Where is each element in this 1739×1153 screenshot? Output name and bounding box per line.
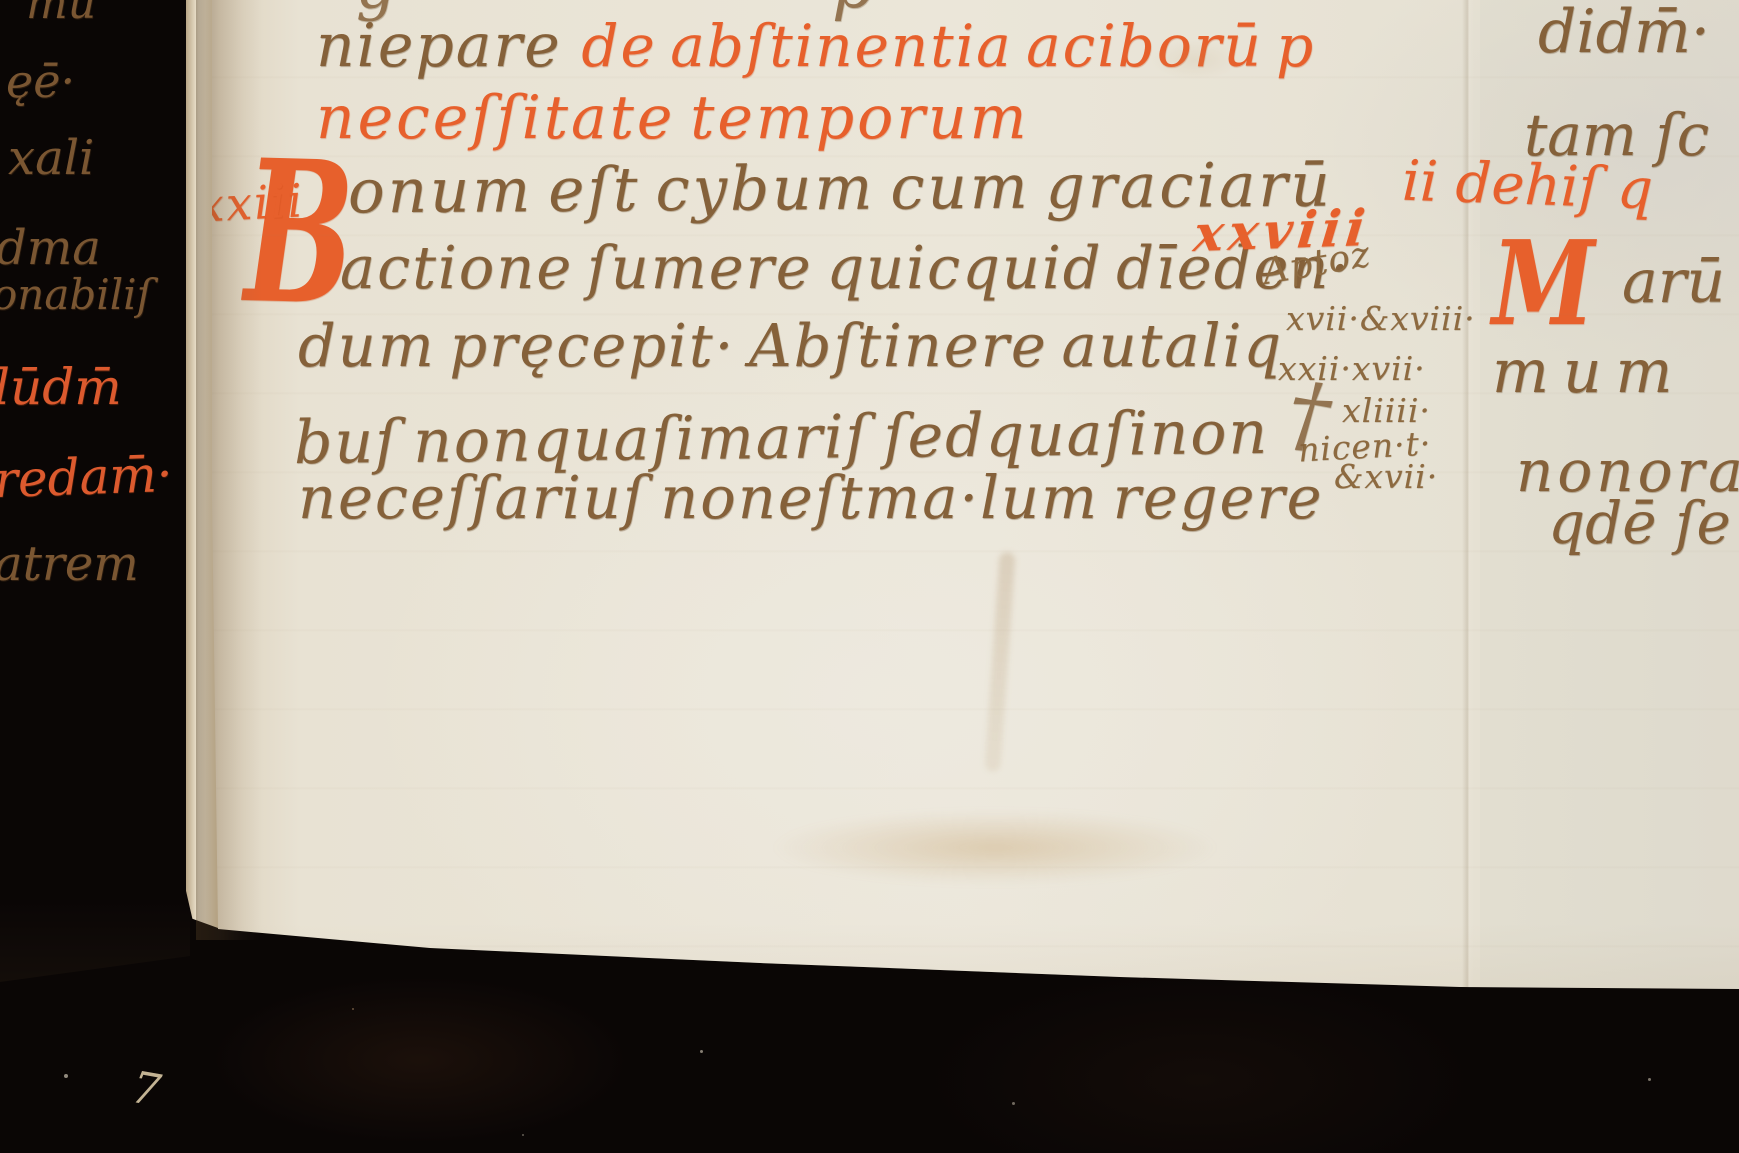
- initial-m: M: [1492, 226, 1595, 342]
- text-segment: dum pręcepit· Abſtinere autaliq: [298, 311, 1283, 380]
- left-page-fragment: mu: [26, 0, 96, 26]
- right-page-fragment: mum: [1492, 342, 1686, 402]
- rubric-segment: de abſtinentia aciborū p: [581, 12, 1315, 80]
- text-segment: niepare: [316, 11, 562, 81]
- dust-speck: [700, 1050, 703, 1053]
- left-page-fragment: ęē·: [6, 58, 75, 104]
- dust-speck: [64, 1074, 68, 1078]
- text-line: onum eſt cybum cum graciarū: [348, 155, 1333, 223]
- rubric-segment: neceſſitate temporum: [316, 83, 1030, 153]
- facing-page: mu ęē· xali dma onabiliſ lūdm̄ redam̄· a…: [0, 0, 190, 1153]
- ink-drip-stain: [984, 552, 1015, 773]
- text-line: neceſſariuſ noneſtma·lum regere: [298, 468, 1324, 527]
- left-page-fragment: lūdm̄: [0, 362, 122, 412]
- rubric-line: neceſſitate temporum: [316, 88, 1030, 148]
- right-page-fragment: arū: [1622, 252, 1725, 312]
- gloss-line: xliiii·: [1342, 394, 1431, 427]
- left-page-fragment: atrem: [0, 540, 139, 588]
- dust-speck: [1012, 1102, 1015, 1105]
- crease-line: [1462, 0, 1474, 990]
- manuscript-photo: mu ęē· xali dma onabiliſ lūdm̄ redam̄· a…: [0, 0, 1739, 1153]
- dust-speck: [522, 1134, 524, 1136]
- gloss-line: &xvii·: [1334, 460, 1438, 493]
- right-page-fragment: ii dehiſ q: [1401, 154, 1654, 219]
- initial-b: B: [244, 134, 356, 333]
- left-page-fragment: redam̄·: [0, 449, 173, 505]
- cross-mark: †: [1284, 370, 1335, 458]
- bottom-stain: [770, 810, 1220, 885]
- text-segment: neceſſariuſ noneſtma·lum regere: [298, 463, 1324, 532]
- right-page-fragment: didm̄·: [1538, 2, 1710, 62]
- dust-speck: [1648, 1078, 1651, 1081]
- stray-mark: 7: [128, 1066, 163, 1114]
- gloss-line: xvii·&xviii·: [1286, 302, 1476, 335]
- dust-speck: [352, 1008, 354, 1010]
- margin-chapter-number: xxiii: [197, 177, 305, 228]
- text-segment: onum eſt cybum cum graciarū: [348, 150, 1333, 228]
- manuscript-page: g p niepare de abſtinentia aciborū p nec…: [0, 0, 1739, 1153]
- text-line: niepare de abſtinentia aciborū p: [316, 16, 1315, 76]
- text-line: dum pręcepit· Abſtinere autaliq: [298, 316, 1283, 375]
- left-page-fragment: onabiliſ: [0, 274, 152, 316]
- left-page-fragment: dma: [0, 224, 101, 272]
- left-page-fragment: xali: [8, 134, 94, 182]
- right-page-fragment: qdē ſe: [1548, 494, 1731, 552]
